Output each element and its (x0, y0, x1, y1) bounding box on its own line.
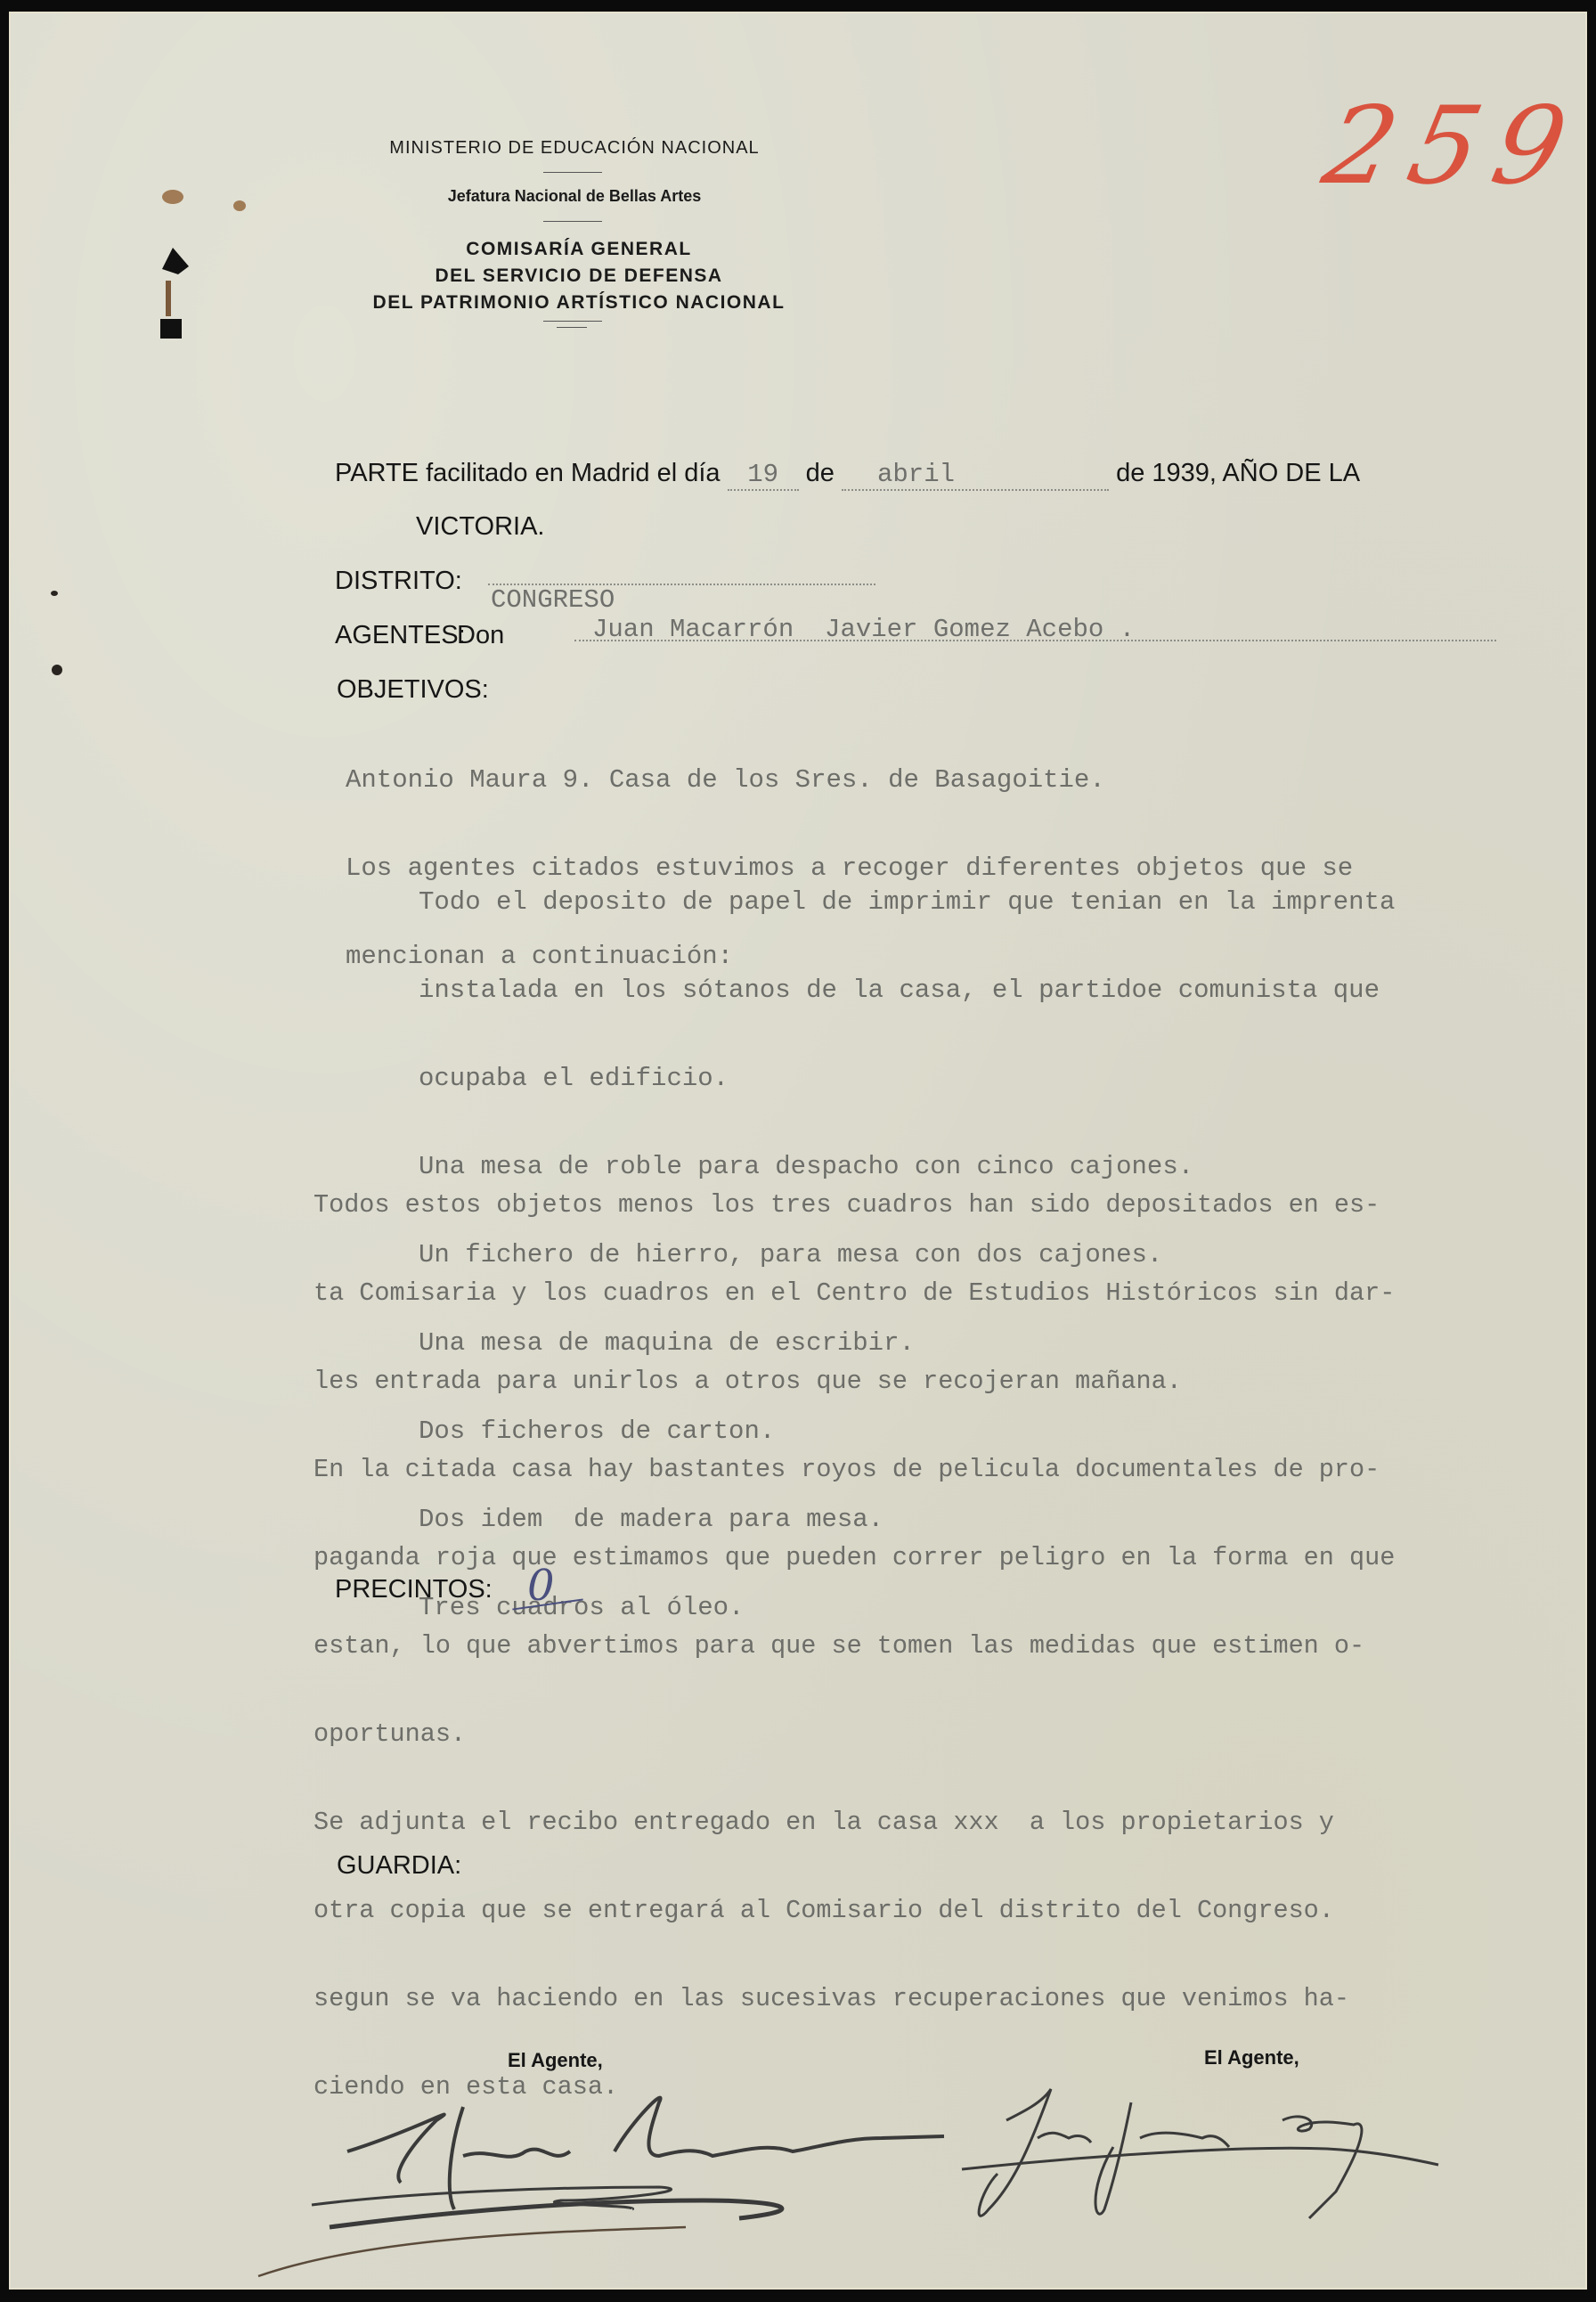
guardia-label: GUARDIA: (337, 1851, 461, 1881)
paragraph-line: oportunas. (313, 1719, 1395, 1749)
precintos-label: PRECINTOS: (335, 1575, 493, 1604)
agentes-value: Juan Macarrón Javier Gomez Acebo . (592, 615, 1135, 644)
year-label: de 1939, AÑO DE LA (1116, 459, 1360, 487)
ministry-heading: MINISTERIO DE EDUCACIÓN NACIONAL (347, 138, 802, 159)
department-heading: Jefatura Nacional de Bellas Artes (383, 187, 766, 206)
agentes-don: Don (457, 621, 504, 650)
divider (557, 327, 587, 328)
intro-line: Antonio Maura 9. Casa de los Sres. de Ba… (346, 765, 1353, 795)
paragraph-line: otra copia que se entregará al Comisario… (313, 1896, 1395, 1925)
agentes-label: AGENTES: (335, 621, 466, 650)
folio-number: 259 (1314, 85, 1592, 208)
list-item: instalada en los sótanos de la casa, el … (419, 975, 1395, 1005)
closing-paragraph: Todos estos objetos menos los tres cuadr… (313, 1131, 1395, 2131)
divider (543, 321, 602, 322)
paragraph-line: paganda roja que estimamos que pueden co… (313, 1543, 1395, 1572)
signature-label-right: El Agente, (1204, 2046, 1299, 2069)
paragraph-line: ta Comisaria y los cuadros en el Centro … (313, 1278, 1395, 1308)
paragraph-line: les entrada para unirlos a otros que se … (313, 1367, 1395, 1396)
list-item: ocupaba el edificio. (419, 1064, 1395, 1093)
report-date-line: PARTE facilitado en Madrid el día 19 de … (335, 459, 1360, 491)
paragraph-line: En la citada casa hay bastantes royos de… (313, 1455, 1395, 1484)
objetivos-label: OBJETIVOS: (337, 675, 489, 705)
stain-mark (233, 200, 246, 211)
punch-hole-mark (52, 665, 62, 675)
de-label: de (806, 459, 835, 487)
staple-mark (166, 281, 171, 316)
divider (543, 221, 602, 222)
punch-hole-mark (160, 319, 182, 339)
distrito-value: CONGRESO (491, 585, 615, 615)
paragraph-line: Se adjunta el recibo entregado en la cas… (313, 1808, 1395, 1837)
signature-right-icon (953, 2085, 1452, 2245)
office-heading: COMISARÍA GENERAL DEL SERVICIO DE DEFENS… (330, 236, 828, 316)
paragraph-line: Todos estos objetos menos los tres cuadr… (313, 1190, 1395, 1220)
office-line-2: DEL SERVICIO DE DEFENSA (330, 263, 828, 290)
office-line-1: COMISARÍA GENERAL (330, 236, 828, 263)
paragraph-line: segun se va haciendo en las sucesivas re… (313, 1984, 1395, 2013)
month-field: abril (842, 460, 1109, 491)
office-line-3: DEL PATRIMONIO ARTÍSTICO NACIONAL (330, 290, 828, 316)
day-field: 19 (728, 460, 799, 491)
month-value: abril (842, 460, 955, 489)
paragraph-line: estan, lo que abvertimos para que se tom… (313, 1631, 1395, 1661)
signature-left-icon: J. Juan Macarrón (240, 2067, 1006, 2281)
distrito-label: DISTRITO: (335, 567, 462, 596)
stain-mark (51, 591, 58, 596)
divider (543, 172, 602, 173)
list-item: Todo el deposito de papel de imprimir qu… (419, 887, 1395, 917)
victoria-line: VICTORIA. (416, 512, 545, 542)
report-prefix: PARTE facilitado en Madrid el día (335, 459, 721, 487)
stain-mark (162, 190, 183, 204)
